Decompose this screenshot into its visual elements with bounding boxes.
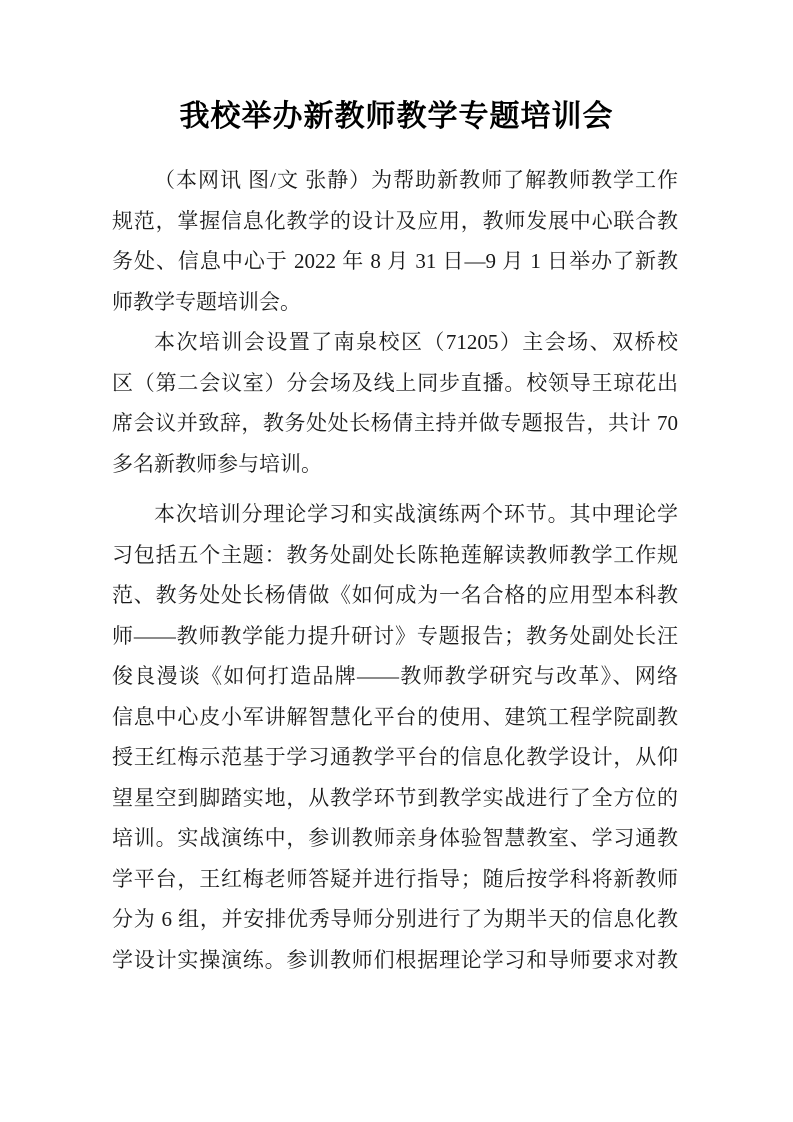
document-body: （本网讯 图/文 张静）为帮助新教师了解教师教学工作规范，掌握信息化教学的设计及… [112,160,678,980]
text-line: 分为 6 组，并安排优秀导师分别进行了为期半天的信息化教 [112,899,678,940]
text-line: 规范，掌握信息化教学的设计及应用，教师发展中心联合教 [112,201,678,242]
text-line: 师——教师教学能力提升研讨》专题报告；教务处副处长汪 [112,616,678,657]
text-line: 学平台，王红梅老师答疑并进行指导；随后按学科将新教师 [112,859,678,900]
text-line: 范、教务处处长杨倩做《如何成为一名合格的应用型本科教 [112,575,678,616]
text-line: 本次培训会设置了南泉校区（71205）主会场、双桥校 [112,322,678,363]
text-line: 望星空到脚踏实地，从教学环节到教学实战进行了全方位的 [112,778,678,819]
text-line: 习包括五个主题：教务处副处长陈艳莲解读教师教学工作规 [112,535,678,576]
paragraph: 本次培训会设置了南泉校区（71205）主会场、双桥校区（第二会议室）分会场及线上… [112,322,678,484]
text-line: 俊良漫谈《如何打造品牌——教师教学研究与改革》、网络 [112,656,678,697]
text-line: 多名新教师参与培训。 [112,444,678,485]
text-line: 区（第二会议室）分会场及线上同步直播。校领导王琼花出 [112,363,678,404]
text-line: 信息中心皮小军讲解智慧化平台的使用、建筑工程学院副教 [112,697,678,738]
text-line: （本网讯 图/文 张静）为帮助新教师了解教师教学工作 [112,160,678,201]
text-line: 务处、信息中心于 2022 年 8 月 31 日—9 月 1 日举办了新教 [112,241,678,282]
text-line: 本次培训分理论学习和实战演练两个环节。其中理论学 [112,494,678,535]
text-line: 师教学专题培训会。 [112,282,678,323]
text-line: 培训。实战演练中，参训教师亲身体验智慧教室、学习通教 [112,818,678,859]
text-line: 席会议并致辞，教务处处长杨倩主持并做专题报告，共计 70 [112,403,678,444]
paragraph: 本次培训分理论学习和实战演练两个环节。其中理论学习包括五个主题：教务处副处长陈艳… [112,494,678,980]
document-title: 我校举办新教师教学专题培训会 [0,0,793,138]
text-line: 学设计实操演练。参训教师们根据理论学习和导师要求对教 [112,940,678,981]
document-page: 我校举办新教师教学专题培训会 （本网讯 图/文 张静）为帮助新教师了解教师教学工… [0,0,793,1122]
text-line: 授王红梅示范基于学习通教学平台的信息化教学设计，从仰 [112,737,678,778]
paragraph: （本网讯 图/文 张静）为帮助新教师了解教师教学工作规范，掌握信息化教学的设计及… [112,160,678,322]
